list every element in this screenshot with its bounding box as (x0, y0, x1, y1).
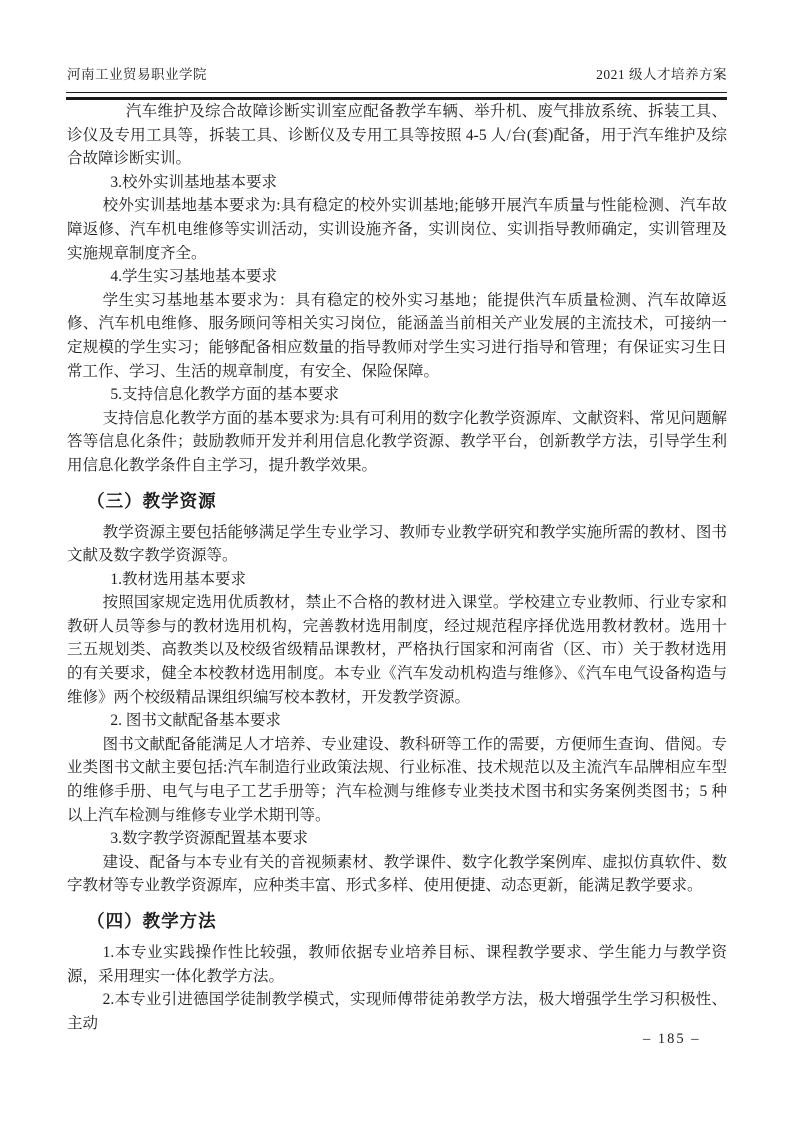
page-number: – 185 – (643, 1031, 701, 1047)
paragraph: 教学资源主要包括能够满足学生专业学习、教师专业教学研究和教学实施所需的教材、图书… (67, 521, 727, 568)
sub-heading: 4.学生实习基地基本要求 (67, 265, 727, 289)
document-body: 汽车维护及综合故障诊断实训室应配备教学车辆、举升机、废气排放系统、拆装工具、诊仪… (67, 100, 727, 1035)
paragraph: 1.本专业实践操作性比较强，教师依据专业培养目标、课程教学要求、学生能力与教学资… (67, 941, 727, 988)
paragraph: 校外实训基地基本要求为:具有稳定的校外实训基地;能够开展汽车质量与性能检测、汽车… (67, 194, 727, 265)
page-header: 河南工业贸易职业学院 2021 级人才培养方案 (67, 63, 727, 83)
sub-heading: 3.数字教学资源配置基本要求 (67, 827, 727, 851)
paragraph: 建设、配备与本专业有关的音视频素材、教学课件、数字化教学案例库、虚拟仿真软件、数… (67, 851, 727, 898)
sub-heading: 5.支持信息化教学方面的基本要求 (67, 383, 727, 407)
paragraph: 2.本专业引进德国学徒制教学模式，实现师傅带徒弟教学方法，极大增强学生学习积极性… (67, 988, 727, 1035)
section-heading: （四）教学方法 (67, 909, 727, 933)
paragraph: 图书文献配备能满足人才培养、专业建设、教科研等工作的需要，方便师生查询、借阅。专… (67, 733, 727, 827)
header-school-name: 河南工业贸易职业学院 (67, 63, 207, 83)
header-plan-title: 2021 级人才培养方案 (596, 63, 727, 83)
header-rule-thin (66, 92, 727, 93)
sub-heading: 1.教材选用基本要求 (67, 568, 727, 592)
paragraph: 学生实习基地基本要求为：具有稳定的校外实习基地；能提供汽车质量检测、汽车故障返修… (67, 289, 727, 383)
paragraph: 汽车维护及综合故障诊断实训室应配备教学车辆、举升机、废气排放系统、拆装工具、诊仪… (67, 100, 727, 171)
paragraph: 按照国家规定选用优质教材，禁止不合格的教材进入课堂。学校建立专业教师、行业专家和… (67, 591, 727, 709)
sub-heading: 2. 图书文献配备基本要求 (67, 709, 727, 733)
section-heading: （三）教学资源 (67, 489, 727, 513)
page-footer: – 185 – (643, 1031, 701, 1048)
paragraph: 支持信息化教学方面的基本要求为:具有可利用的数字化教学资源库、文献资料、常见问题… (67, 407, 727, 478)
sub-heading: 3.校外实训基地基本要求 (67, 171, 727, 195)
document-page: 河南工业贸易职业学院 2021 级人才培养方案 汽车维护及综合故障诊断实训室应配… (0, 0, 793, 1122)
